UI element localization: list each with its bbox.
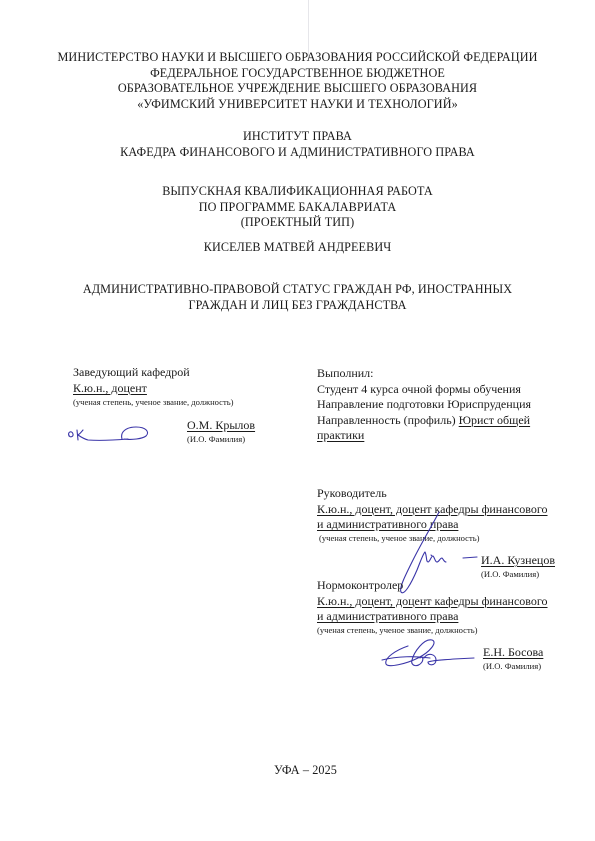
- work-type-line: (ПРОЕКТНЫЙ ТИП): [0, 215, 595, 231]
- institute-block: ИНСТИТУТ ПРАВА КАФЕДРА ФИНАНСОВОГО И АДМ…: [0, 129, 595, 160]
- institute-name: ИНСТИТУТ ПРАВА: [0, 129, 595, 145]
- work-type-block: ВЫПУСКНАЯ КВАЛИФИКАЦИОННАЯ РАБОТА ПО ПРО…: [0, 184, 595, 231]
- supervisor-role: Руководитель: [317, 486, 548, 502]
- ministry-line: ОБРАЗОВАТЕЛЬНОЕ УЧРЕЖДЕНИЕ ВЫСШЕГО ОБРАЗ…: [0, 81, 595, 97]
- performer-profile-value: Юрист общей: [459, 413, 530, 427]
- performer-direction: Направление подготовки Юриспруденция: [317, 397, 531, 413]
- performer-profile-label: Направленность (профиль): [317, 413, 456, 427]
- work-type-line: ПО ПРОГРАММЕ БАКАЛАВРИАТА: [0, 200, 595, 216]
- city-year: УФА – 2025: [8, 763, 595, 779]
- supervisor-name-block: И.А. Кузнецов (И.О. Фамилия): [481, 553, 555, 580]
- head-name-hint: (И.О. Фамилия): [187, 434, 255, 445]
- performer-profile-value-cont: практики: [317, 428, 531, 444]
- ministry-line: МИНИСТЕРСТВО НАУКИ И ВЫСШЕГО ОБРАЗОВАНИЯ…: [0, 50, 595, 66]
- ministry-header: МИНИСТЕРСТВО НАУКИ И ВЫСШЕГО ОБРАЗОВАНИЯ…: [0, 50, 595, 112]
- head-degree: К.ю.н., доцент: [73, 381, 234, 397]
- performer-block: Выполнил: Студент 4 курса очной формы об…: [317, 366, 531, 444]
- norm-controller-role: Нормоконтролер: [317, 578, 548, 594]
- head-name: О.М. Крылов: [187, 418, 255, 434]
- thesis-title-line: ГРАЖДАН И ЛИЦ БЕЗ ГРАЖДАНСТВА: [0, 298, 595, 314]
- ministry-line: ФЕДЕРАЛЬНОЕ ГОСУДАРСТВЕННОЕ БЮДЖЕТНОЕ: [0, 66, 595, 82]
- thesis-title-line: АДМИНИСТРАТИВНО-ПРАВОВОЙ СТАТУС ГРАЖДАН …: [0, 282, 595, 298]
- norm-controller-position-hint: (ученая степень, ученое звание, должност…: [317, 625, 548, 636]
- norm-controller-signature-icon: [378, 636, 478, 672]
- head-degree-hint: (ученая степень, ученое звание, должност…: [73, 397, 234, 408]
- norm-controller-block: Нормоконтролер К.ю.н., доцент, доцент ка…: [317, 578, 548, 636]
- head-name-block: О.М. Крылов (И.О. Фамилия): [187, 418, 255, 445]
- norm-controller-position: К.ю.н., доцент, доцент кафедры финансово…: [317, 594, 548, 610]
- norm-controller-name-hint: (И.О. Фамилия): [483, 661, 543, 672]
- head-signature-icon: [66, 422, 156, 448]
- work-type-line: ВЫПУСКНАЯ КВАЛИФИКАЦИОННАЯ РАБОТА: [0, 184, 595, 200]
- head-of-department-block: Заведующий кафедрой К.ю.н., доцент (учен…: [73, 365, 234, 408]
- norm-controller-position-cont: и административного права: [317, 609, 548, 625]
- norm-controller-name: Е.Н. Босова: [483, 645, 543, 661]
- department-name: КАФЕДРА ФИНАНСОВОГО И АДМИНИСТРАТИВНОГО …: [0, 145, 595, 161]
- norm-controller-name-block: Е.Н. Босова (И.О. Фамилия): [483, 645, 543, 672]
- head-role: Заведующий кафедрой: [73, 365, 234, 381]
- supervisor-name: И.А. Кузнецов: [481, 553, 555, 569]
- performer-label: Выполнил:: [317, 366, 531, 382]
- performer-student: Студент 4 курса очной формы обучения: [317, 382, 531, 398]
- university-name: «УФИМСКИЙ УНИВЕРСИТЕТ НАУКИ И ТЕХНОЛОГИЙ…: [0, 97, 595, 113]
- author-name: КИСЕЛЕВ МАТВЕЙ АНДРЕЕВИЧ: [0, 240, 595, 256]
- thesis-title: АДМИНИСТРАТИВНО-ПРАВОВОЙ СТАТУС ГРАЖДАН …: [0, 282, 595, 313]
